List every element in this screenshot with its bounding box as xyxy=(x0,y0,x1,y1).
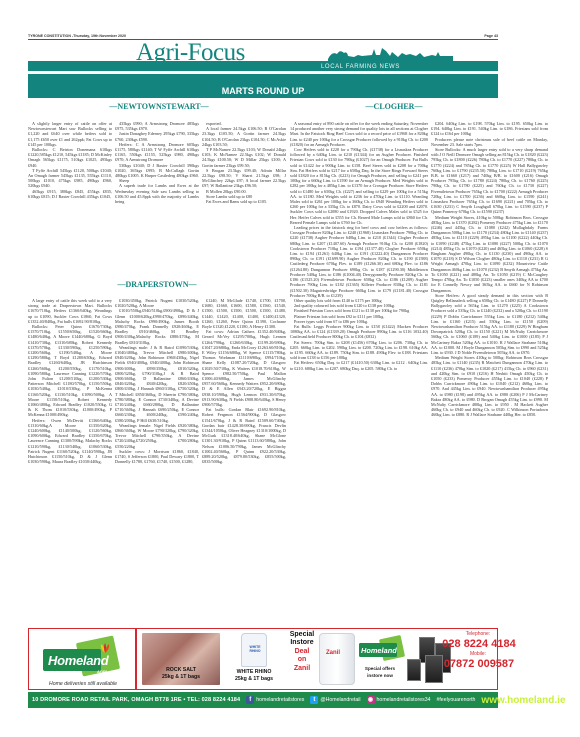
article-paragraph: S Brogan 23.5kgs £99.40; Adrain Millar 2… xyxy=(202,168,286,189)
zanil-jug-image: Zanil xyxy=(319,633,355,685)
clogher-column-1: A seasonal entry of 890 cattle on offer … xyxy=(290,121,428,624)
rock-salt-sizes: 25kg & 1T bags xyxy=(142,674,220,680)
telephone-label: Telephone: xyxy=(459,631,497,638)
special-offers-text: Special offers instore now xyxy=(357,665,403,679)
draperstown-column-1: A large entry of cattle this week sold t… xyxy=(28,298,112,624)
region-heading-clogher: —CLOGHER— xyxy=(290,102,498,111)
article-paragraph: Fat Heifers: 650kg Daq. to £217 (£1410.5… xyxy=(290,360,428,370)
homeland-logo: Homeland AGRI xyxy=(43,639,118,673)
page-header: TYRONE CONSTITUTION -Thursday, 19th Nove… xyxy=(28,32,498,40)
newtownstewart-column-2: 435kgs £990; A Armstrong Dromore 485kgs … xyxy=(115,121,199,271)
telephone-number[interactable]: 028 8224 4184 xyxy=(439,638,519,651)
instagram-link[interactable]: ◉ homelandretailstores34 xyxy=(367,696,431,704)
twitter-link[interactable]: t @Homelandretail xyxy=(310,696,360,704)
facebook-icon: f xyxy=(246,696,254,704)
article-paragraph: A slightly larger entry of cattle on off… xyxy=(28,121,112,147)
white-rhino-label: WHITE RHINO xyxy=(225,669,283,675)
article-paragraph: Fat cows: Adrian Cathers £1352.40/840kg,… xyxy=(202,329,286,407)
website-link[interactable]: www.homeland.ie xyxy=(481,695,565,706)
newtownstewart-column-3: exported. A local farmer 24.5kgs £106.50… xyxy=(202,121,286,281)
article-paragraph: Heifers: Owen McDevitt £1360/640kg, £131… xyxy=(28,418,112,465)
article-paragraph: Leading prices in the fatstock ring for … xyxy=(290,225,428,298)
article-paragraph: Finished Friesian Cows sold from £121 to… xyxy=(290,308,428,313)
white-rhino-product: WHITE RHINO WHITE RHINO 25kg & 1T bags xyxy=(229,633,279,685)
article-paragraph: Medium Weight Stores, 410kg to 500kg: Ro… xyxy=(431,215,548,293)
article-paragraph: 435kgs £990; A Armstrong Dromore 485kgs … xyxy=(115,121,199,131)
salt-bag-icon: WHITE RHINO xyxy=(241,633,267,667)
article-paragraph: Store Bullocks: A much larger entry sold… xyxy=(431,147,548,215)
article-paragraph: Bullocks: Peter Quinn £1670/730kg, £1570… xyxy=(28,324,112,418)
masthead-bar xyxy=(28,61,498,71)
homeland-advert-logo-panel: Homeland AGRI Home deliveries still avai… xyxy=(28,628,136,690)
section-banner: MARTS ROUND UP xyxy=(28,74,498,98)
masthead-tagline: LOCAL FARMING NEWS xyxy=(321,64,400,70)
mobile-label: Mobile: xyxy=(459,651,497,658)
article-paragraph: Bullocks: C Beirton Donemana 610kgs £122… xyxy=(28,147,112,168)
store-address: 10 DROMORE ROAD RETAIL PARK, OMAGH BT78 … xyxy=(32,697,240,703)
article-paragraph: T P McNamee 22.5kgs £103; W Donald 24kgs… xyxy=(202,147,286,168)
delivery-note: Home deliveries still available xyxy=(31,681,135,687)
article-paragraph: Justin Donaghey Ederney 295kgs £790, 335… xyxy=(115,131,199,141)
article-paragraph: Weanlings female: Nigel Fields £920/380k… xyxy=(115,423,199,449)
article-paragraph: Store Heifers: A good steady demand in t… xyxy=(431,293,548,355)
article-paragraph: A seasonal entry of 890 cattle on offer … xyxy=(290,121,428,147)
agri-focus-masthead: Agri-Focus LOCAL FARMING NEWS xyxy=(28,41,498,71)
article-paragraph: Suckler cows: J Morrison £1860, £1840, £… xyxy=(115,449,199,465)
instagram-icon: ◉ xyxy=(367,696,375,704)
article-paragraph: £1030/450kg, Patrick Nugent £1030/520kg,… xyxy=(115,298,199,308)
clogher-column-2: £204. 640kg Lim. to £198. 570kg Lim. to … xyxy=(431,121,548,624)
region-heading-draperstown: —DRAPERSTOWN— xyxy=(115,280,199,289)
advert-footer: 10 DROMORE ROAD RETAIL PARK, OMAGH BT78 … xyxy=(28,692,498,708)
mobile-number[interactable]: 07872 009587 xyxy=(439,658,519,671)
twitter-icon: t xyxy=(310,696,318,704)
homeland-advert-products-panel: ROCK SALT 25kg & 1T bags WHITE RHINO WHI… xyxy=(136,628,498,690)
article-paragraph: Weanlings male: J & R Baird £1090/530kg,… xyxy=(115,345,199,423)
article-paragraph: Medium Weight Stores 410kg to 500kg: Rob… xyxy=(431,355,548,417)
zanil-special-deal: Special Instore Deal on Zanil xyxy=(287,631,317,673)
article-paragraph: Fat Steers: 700kg Sim. to £208 (£1456) 6… xyxy=(290,340,428,361)
article-paragraph: £1010/550kg,£940/510kg,£900/490kg, D & J… xyxy=(115,308,199,344)
article-paragraph: Fat Bulls: Leggs Producer 900kg Lim. to … xyxy=(290,324,428,340)
article-paragraph: Heifers: C A Armstrong Dromore 605kgs £1… xyxy=(115,142,199,163)
draperstown-column-2: £1030/450kg, Patrick Nugent £1030/520kg,… xyxy=(115,298,199,624)
article-paragraph: Fat bulls: Gordan Blair £1692.90/810kg, … xyxy=(202,407,286,464)
article-paragraph: Producers please note christmas sale of … xyxy=(431,137,548,147)
white-rhino-sizes: 25kg & 1T bags xyxy=(225,676,283,682)
article-paragraph: A large entry of cattle this week sold t… xyxy=(28,298,112,324)
farm-silhouette-icon xyxy=(328,47,453,62)
hashtag: #feelyouarenorth xyxy=(436,697,475,703)
article-paragraph: £1240, M McGlade £1740, £1700, £1700, £1… xyxy=(202,298,286,329)
region-heading-newtownstewart: —NEWTOWNSTEWART— xyxy=(28,102,290,111)
masthead-logo: Agri-Focus xyxy=(136,39,245,67)
article-paragraph: Fat Ewes and Rams sold up to £105. xyxy=(202,199,286,204)
section-title: MARTS ROUND UP xyxy=(222,86,305,96)
article-paragraph: 530kgs £1040; D J Baxter Crowhill 390kgs… xyxy=(115,163,199,179)
contact-numbers: Telephone: 028 8224 4184 Mobile: 07872 0… xyxy=(459,631,497,671)
article-paragraph: T Fyffe Archill 545kgs £1120, 500kgs £10… xyxy=(28,168,112,189)
rock-salt-image: ROCK SALT 25kg & 1T bags xyxy=(142,633,220,685)
draperstown-column-3: £1240, M McGlade £1740, £1700, £1700, £1… xyxy=(202,298,286,624)
article-paragraph: A superb trade for Lambs and Ewes at the… xyxy=(115,183,199,204)
newtownstewart-column-1: A slightly larger entry of cattle on off… xyxy=(28,121,112,247)
article-paragraph: Cow Heifers sold to £220 for a 790kg Ch.… xyxy=(290,147,428,225)
leaf-icon xyxy=(99,643,111,653)
facebook-link[interactable]: f homelandretailstores xyxy=(246,696,304,704)
article-paragraph: A local farmer 24.5kgs £106.50; B O'Caro… xyxy=(202,126,286,147)
article-paragraph: £204. 640kg Lim. to £198. 570kg Lim. to … xyxy=(431,121,548,137)
rock-salt-label: ROCK SALT xyxy=(142,667,220,673)
article-paragraph: 465kgs £915, 380kgs £845, 455kgs £835, 6… xyxy=(28,189,112,199)
publication-date: TYRONE CONSTITUTION -Thursday, 19th Nove… xyxy=(28,34,126,38)
page-number: Page 43 xyxy=(484,34,498,38)
homeland-mini-logo: Homeland xyxy=(359,637,405,659)
